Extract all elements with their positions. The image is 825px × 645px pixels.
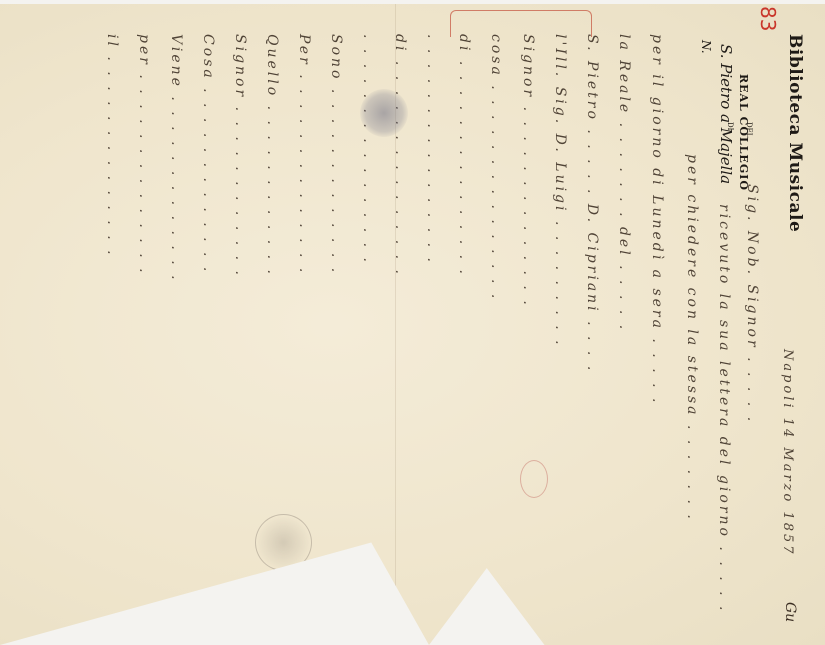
- handwritten-line: Sono . . . . . . . . . . . . .: [328, 34, 344, 275]
- handwritten-line: Quello . . . . . . . . . . . .: [264, 34, 280, 277]
- letter-date: Napoli 14 Marzo 1857: [780, 349, 795, 557]
- handwritten-line: la Reale . . . . . . . del . . . . .: [616, 34, 632, 332]
- handwritten-line: Signor . . . . . . . . . . . . . .: [520, 34, 536, 308]
- handwritten-line: di . . . . . . . . . . . . . . .: [392, 34, 408, 277]
- handwritten-line: l'Ill. Sig. D. Luigi . . . . . . . . .: [552, 34, 568, 348]
- red-stamp: [520, 460, 548, 498]
- red-pencil-bracket: [450, 10, 592, 37]
- handwritten-line: per chiedere con la stessa . . . . . . .: [684, 154, 700, 522]
- faded-seal-stamp: [255, 514, 312, 571]
- archive-number: 83: [756, 6, 780, 31]
- handwritten-line: cosa . . . . . . . . . . . . . . .: [488, 34, 504, 301]
- handwritten-line: Signor . . . . . . . . . . . .: [232, 34, 248, 278]
- letterhead-place: S. Pietro a Majella: [717, 44, 735, 184]
- handwritten-line: . . . . . . . . . . . . . . . .: [424, 34, 440, 265]
- handwritten-line: Per . . . . . . . . . . . . . .: [296, 34, 312, 275]
- handwritten-line: Sig. Nob. Signor . . . . .: [744, 184, 760, 424]
- handwritten-line: il . . . . . . . . . . . . . .: [104, 34, 120, 258]
- handwritten-line: di . . . . . . . . . . . . . . .: [456, 34, 472, 277]
- letter-sheet: 83 Biblioteca Musicale DEL REAL COLLEGIO…: [0, 4, 825, 645]
- ink-stamp: [360, 89, 408, 137]
- handwritten-line: Cosa . . . . . . . . . . . . .: [200, 34, 216, 274]
- handwritten-line: S. Pietro . . . . . D. Cipriani . . . .: [584, 34, 600, 373]
- letterhead-number-label: N.: [699, 40, 713, 54]
- letterhead-title: Biblioteca Musicale: [785, 34, 805, 232]
- handwritten-line: Viene . . . . . . . . . . . . .: [168, 34, 184, 283]
- letterhead-college: REAL COLLEGIO: [737, 74, 750, 191]
- handwritten-line: per . . . . . . . . . . . . . .: [136, 34, 152, 276]
- handwritten-line: ricevuto la sua lettera del giorno . . .…: [716, 204, 732, 613]
- handwritten-line: per il giorno di Lunedì a sera . . . . .: [649, 34, 665, 405]
- corner-note: Gu: [782, 602, 798, 622]
- handwritten-line: . . . . . . . . . . . . . . . .: [360, 34, 376, 265]
